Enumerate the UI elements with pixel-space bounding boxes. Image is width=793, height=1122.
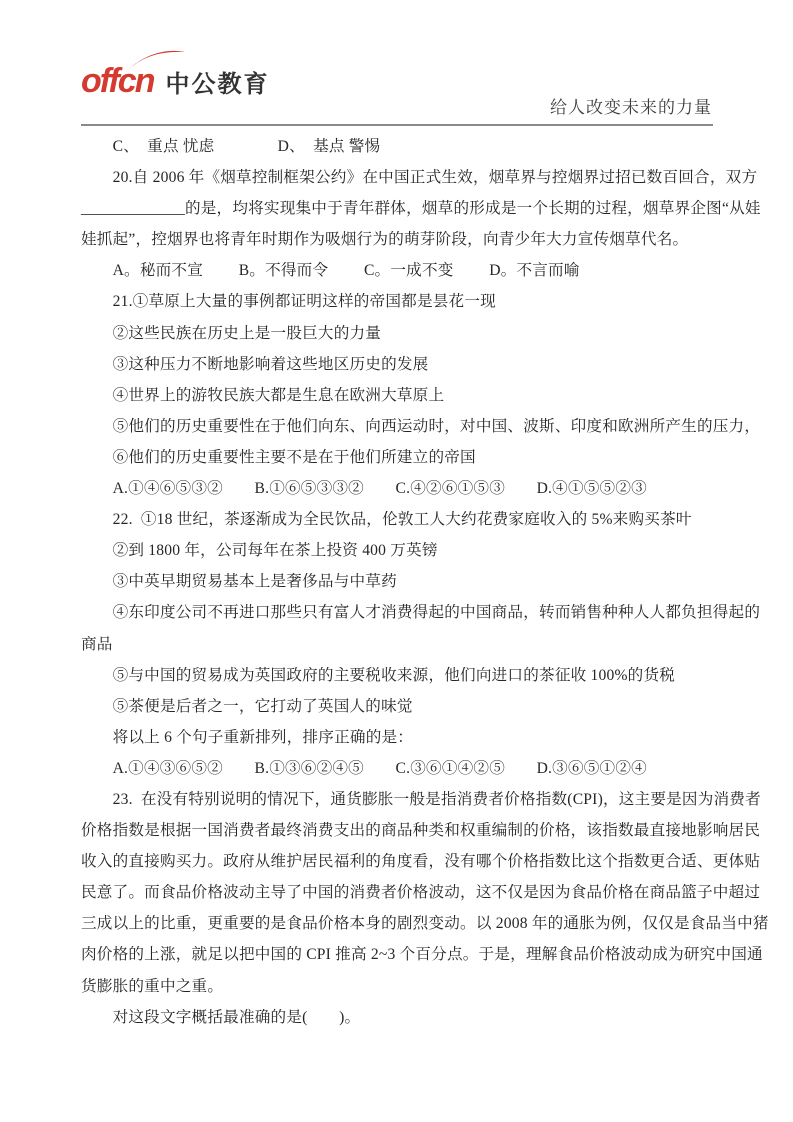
brand-swoosh-icon bbox=[125, 49, 187, 73]
doc-line: ④东印度公司不再进口那些只有富人才消费得起的中国商品，转而销售种种人人都负担得起… bbox=[81, 597, 723, 628]
doc-line: 21.①草原上大量的事例都证明这样的帝国都是昙花一现 bbox=[81, 286, 723, 317]
doc-line: ⑤与中国的贸易成为英国政府的主要税收来源，他们向进口的茶征收 100%的货税 bbox=[81, 660, 723, 691]
doc-line: ⑤茶便是后者之一，它打动了英国人的味觉 bbox=[81, 691, 723, 722]
logo-cn-text: 中公教育 bbox=[165, 73, 269, 97]
doc-line: ⑥他们的历史重要性主要不是在于他们所建立的帝国 bbox=[81, 442, 723, 473]
doc-line: ②这些民族在历史上是一股巨大的力量 bbox=[81, 318, 723, 349]
doc-line: ③这种压力不断地影响着这些地区历史的发展 bbox=[81, 349, 723, 380]
doc-line: 23. 在没有特别说明的情况下，通货膨胀一般是指消费者价格指数(CPI)，这主要… bbox=[81, 784, 723, 815]
doc-line: ④世界上的游牧民族大都是生息在欧洲大草原上 bbox=[81, 380, 723, 411]
doc-line: 货膨胀的重中之重。 bbox=[81, 971, 723, 1002]
page: offcn 中公教育 给人改变未来的力量 C、 重点 忧虑 D、 基点 警惕 2… bbox=[0, 0, 793, 1122]
doc-line: 娃抓起”，控烟界也将青年时期作为吸烟行为的萌芽阶段，向青少年大力宣传烟草代名。 bbox=[81, 224, 723, 255]
doc-line: C、 重点 忧虑 D、 基点 警惕 bbox=[81, 131, 723, 162]
document-content: C、 重点 忧虑 D、 基点 警惕 20.自 2006 年《烟草控制框架公约》在… bbox=[81, 131, 723, 1033]
doc-line: 肉价格的上涨，就足以把中国的 CPI 推高 2~3 个百分点。于是，理解食品价格… bbox=[81, 939, 723, 970]
doc-line: ②到 1800 年，公司每年在茶上投资 400 万英镑 bbox=[81, 535, 723, 566]
doc-line: ⑤他们的历史重要性在于他们向东、向西运动时，对中国、波斯、印度和欧洲所产生的压力… bbox=[81, 411, 723, 442]
doc-line: _____________的是，均将实现集中于青年群体，烟草的形成是一个长期的过… bbox=[81, 193, 723, 224]
header: offcn 中公教育 给人改变未来的力量 bbox=[81, 52, 712, 124]
doc-line: 三成以上的比重，更重要的是食品价格本身的剧烈变动。以 2008 年的通胀为例，仅… bbox=[81, 908, 723, 939]
header-divider bbox=[81, 124, 713, 126]
doc-line: 将以上 6 个句子重新排列，排序正确的是： bbox=[81, 722, 723, 753]
doc-line: A.①④⑥⑤③② B.①⑥⑤③③② C.④②⑥①⑤③ D.④①⑤⑤②③ bbox=[81, 473, 723, 504]
doc-line: A。秘而不宣 B。不得而令 C。一成不变 D。不言而喻 bbox=[81, 255, 723, 286]
doc-line: 价格指数是根据一国消费者最终消费支出的商品种类和权重编制的价格，该指数最直接地影… bbox=[81, 815, 723, 846]
doc-line: 22. ①18 世纪，茶逐渐成为全民饮品，伦敦工人大约花费家庭收入的 5%来购买… bbox=[81, 504, 723, 535]
doc-line: 商品 bbox=[81, 629, 723, 660]
doc-line: ③中英早期贸易基本上是奢侈品与中草药 bbox=[81, 566, 723, 597]
offcn-logo: offcn 中公教育 bbox=[81, 64, 269, 98]
brand-tagline: 给人改变未来的力量 bbox=[550, 93, 712, 118]
doc-line: 对这段文字概括最准确的是( )。 bbox=[81, 1002, 723, 1033]
doc-line: 民意了。而食品价格波动主导了中国的消费者价格波动，这不仅是因为食品价格在商品篮子… bbox=[81, 877, 723, 908]
doc-line: 收入的直接购买力。政府从维护居民福利的角度看，没有哪个价格指数比这个指数更合适、… bbox=[81, 846, 723, 877]
doc-line: A.①④③⑥⑤② B.①③⑥②④⑤ C.③⑥①④②⑤ D.③⑥⑤①②④ bbox=[81, 753, 723, 784]
doc-line: 20.自 2006 年《烟草控制框架公约》在中国正式生效，烟草界与控烟界过招已数… bbox=[81, 162, 723, 193]
